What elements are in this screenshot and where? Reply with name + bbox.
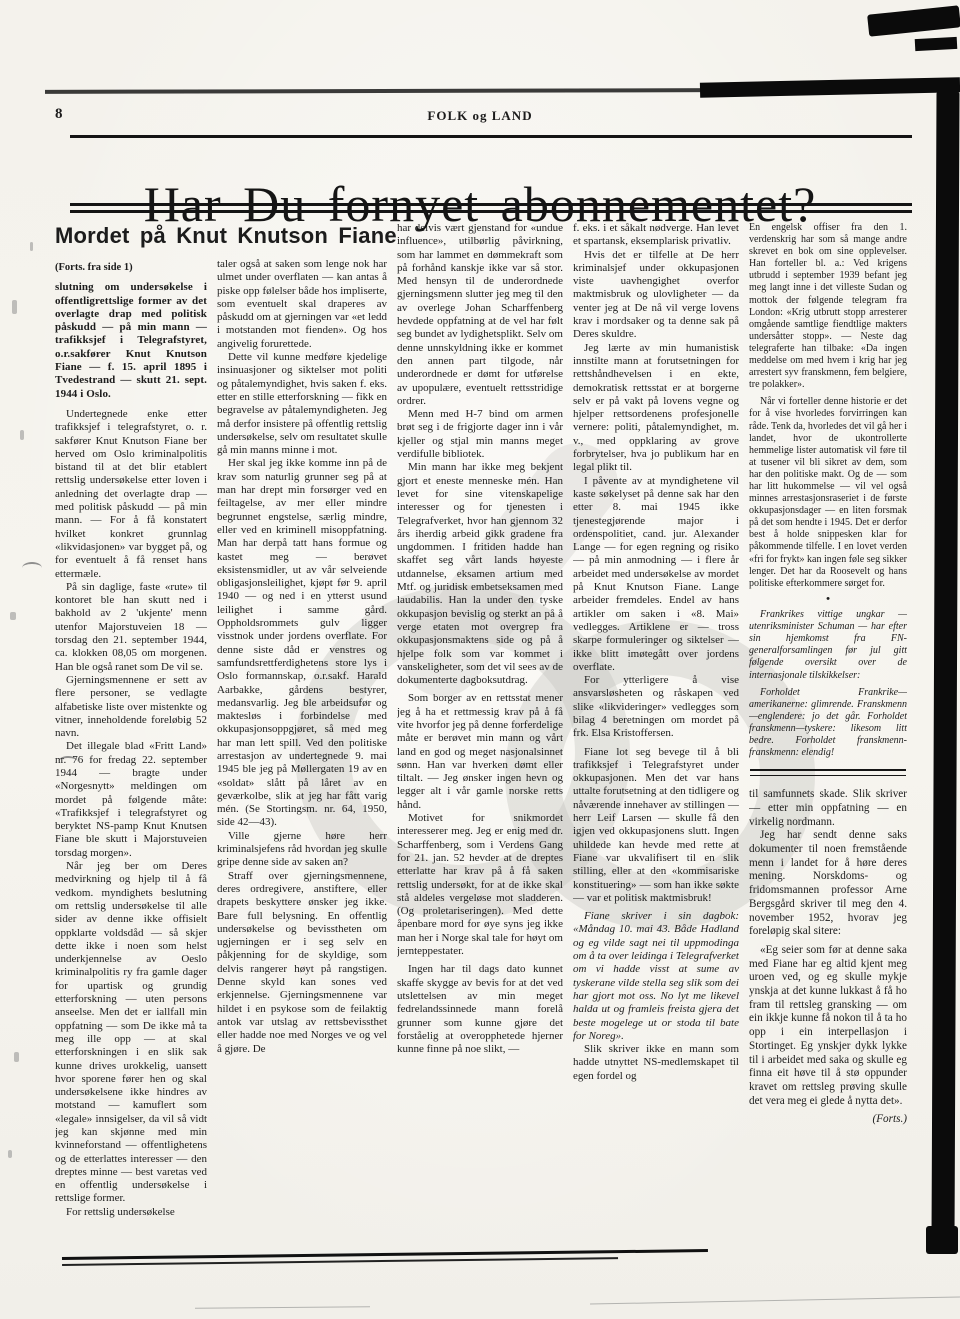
article-paragraph: har delvis vært gjenstand for «undue inf… [397, 222, 563, 408]
scan-noise [8, 1150, 12, 1158]
article-paragraph: (Forts.) [749, 1113, 907, 1127]
scan-faint-line [590, 1296, 960, 1304]
scan-noise [12, 300, 17, 314]
article-body: Mordet på Knut Knutson Fiane (Forts. fra… [55, 222, 911, 1254]
article-paragraph: Min mann har ikke meg bekjent gjort et e… [397, 461, 563, 687]
article-paragraph: f. eks. i et såkalt nødverge. Han levet … [573, 222, 739, 249]
article-paragraph: Ville gjerne høre herr kriminalsjefens r… [217, 830, 387, 870]
article-paragraph: Som borger av en rettsstat mener jeg å h… [397, 692, 563, 812]
article-title: Mordet på Knut Knutson Fiane [55, 223, 387, 249]
article-paragraph: Når vi forteller denne historie er det f… [749, 396, 907, 590]
article-lead-section: Mordet på Knut Knutson Fiane (Forts. fra… [55, 222, 387, 1254]
column-divider-rule [750, 769, 906, 776]
article-paragraph: I påvente av at myndighetene vil kaste s… [573, 475, 739, 674]
article-paragraph: (Forts. fra side 1) [55, 261, 207, 274]
article-paragraph: Gjerningsmennene er sett av flere person… [55, 674, 207, 740]
scan-artifact-corner-blob [867, 5, 960, 36]
article-column-5: En engelsk offiser fra den 1. verdenskri… [749, 222, 907, 1254]
article-column-4: f. eks. i et såkalt nødverge. Han levet … [573, 222, 739, 1254]
article-paragraph: Fiane skriver i sin dagbok: «Måndag 10. … [573, 910, 739, 1043]
article-paragraph: Undertegnede enke etter trafikksjef i te… [55, 408, 207, 581]
article-paragraph: For rettslig undersøkelse [55, 1206, 207, 1219]
scan-artifact-right-bar [931, 92, 959, 1242]
article-paragraph: Straff over gjerningsmennene, deres ordr… [217, 870, 387, 1056]
scan-noise-arc [22, 562, 42, 574]
article-paragraph: slutning om undersøkelse i offentligrett… [55, 281, 207, 401]
article-paragraph: Når jeg ber om Deres medvirkning og hjel… [55, 860, 207, 1206]
article-paragraph: Menn med H-7 bind om armen brøt seg i de… [397, 408, 563, 461]
scan-artifact-top-edge [45, 88, 710, 94]
article-paragraph: For ytterligere å vise ansvarsløsheten o… [573, 674, 739, 740]
article-paragraph: «Eg seier som før at denne saka med Fian… [749, 944, 907, 1108]
article-paragraph: Jeg har sendt denne saks dokumenter til … [749, 829, 907, 939]
article-paragraph: Forholdet Frankrike—amerikanerne: glimre… [749, 687, 907, 760]
scan-artifact-right-blob [926, 1226, 958, 1254]
article-paragraph: Slik skriver ikke en mann som hadde utny… [573, 1043, 739, 1083]
article-column-2: taler også at saken som lenge nok har ul… [217, 258, 387, 1250]
scan-noise [14, 1052, 19, 1062]
banner-rule [70, 203, 912, 213]
masthead-rule [70, 135, 912, 138]
article-paragraph: Ingen har til dags dato kunnet skaffe sk… [397, 963, 563, 1056]
article-paragraph: Hvis det er tilfelle at De herr kriminal… [573, 249, 739, 342]
article-paragraph: På sin daglige, faste «rute» til kontore… [55, 581, 207, 674]
article-paragraph: taler også at saken som lenge nok har ul… [217, 258, 387, 351]
scan-artifact-top-edge-bold [700, 77, 960, 97]
article-paragraph: • [749, 593, 907, 606]
article-paragraph: Her skal jeg ikke komme inn på de krav s… [217, 457, 387, 829]
article-column-1: (Forts. fra side 1)slutning om undersøke… [55, 258, 207, 1250]
article-paragraph: til samfunnets skade. Slik skriver — ett… [749, 788, 907, 829]
article-paragraph: Jeg lærte av min humanistisk innstilte m… [573, 342, 739, 475]
masthead: FOLK og LAND [0, 108, 960, 124]
article-paragraph: Dette vil kunne medføre kjedelige insinu… [217, 351, 387, 457]
article-paragraph: Fiane lot seg bevege til å bli trafikksj… [573, 746, 739, 906]
newspaper-page: 8 FOLK og LAND Har Du fornyet abonnement… [0, 0, 960, 1319]
scan-faint-line [195, 1306, 370, 1309]
article-column-3: har delvis vært gjenstand for «undue inf… [397, 222, 563, 1254]
scan-noise [10, 612, 16, 620]
article-paragraph: Frankrikes vittige ungkar — utenriksmini… [749, 609, 907, 682]
article-paragraph: Det illegale blad «Fritt Land» nr. 76 fo… [55, 740, 207, 860]
scan-artifact-corner-blob [915, 37, 958, 51]
scan-noise [30, 242, 33, 251]
article-paragraph: En engelsk offiser fra den 1. verdenskri… [749, 222, 907, 391]
article-paragraph: Motivet for snikmordet interesserer meg.… [397, 812, 563, 958]
scan-noise [20, 430, 24, 440]
